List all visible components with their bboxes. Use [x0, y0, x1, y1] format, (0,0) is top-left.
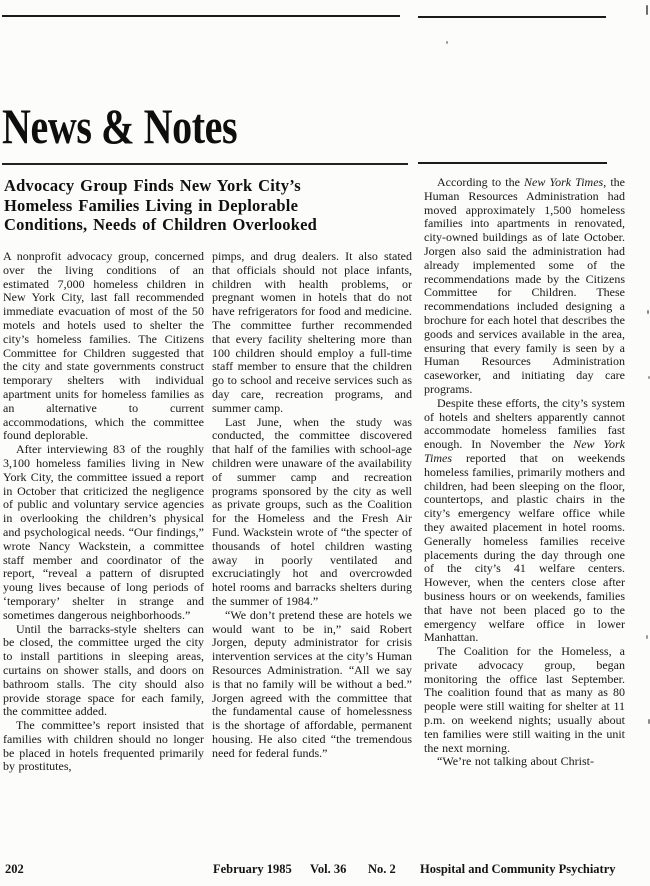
volume-label: Vol. 36 — [310, 862, 346, 877]
article-paragraph: Until the barracks-style shelters can be… — [3, 623, 204, 720]
article-paragraph: Despite these efforts, the city’s system… — [424, 397, 625, 645]
article-column-1: A nonprofit advocacy group, concerned ov… — [3, 250, 204, 852]
headline-line: Conditions, Needs of Children Overlooked — [4, 215, 414, 235]
scan-speck — [446, 41, 448, 44]
issue-number: No. 2 — [368, 862, 396, 877]
top-rule-right — [418, 16, 606, 18]
page-number: 202 — [5, 862, 24, 877]
scan-speck — [646, 5, 648, 15]
headline-line: Advocacy Group Finds New York City’s — [4, 176, 414, 196]
article-paragraph: The committee’s report insisted that fam… — [3, 719, 204, 774]
page-footer: 202 February 1985 Vol. 36 No. 2 Hospital… — [0, 862, 650, 882]
top-rule-left — [2, 15, 400, 17]
article-paragraph: “We don’t pretend these are hotels we wo… — [212, 609, 412, 761]
headline-rule — [2, 163, 408, 165]
issue-date: February 1985 — [213, 862, 292, 877]
article-headline: Advocacy Group Finds New York City’s Hom… — [4, 176, 414, 235]
article-column-2: pimps, and drug dealers. It also stated … — [212, 250, 412, 852]
journal-page: News & Notes Advocacy Group Finds New Yo… — [0, 0, 650, 886]
article-paragraph: Last June, when the study was conducted,… — [212, 416, 412, 609]
article-paragraph: pimps, and drug dealers. It also stated … — [212, 250, 412, 416]
article-column-3: According to the New York Times, the Hum… — [424, 176, 625, 854]
section-title: News & Notes — [2, 101, 237, 151]
article-paragraph: A nonprofit advocacy group, concerned ov… — [3, 250, 204, 443]
headline-line: Homeless Families Living in Deplorable — [4, 196, 414, 216]
article-paragraph: “We’re not talking about Christ- — [424, 755, 625, 769]
article-paragraph: According to the New York Times, the Hum… — [424, 176, 625, 397]
column3-top-rule — [418, 162, 607, 164]
scan-speck — [646, 635, 648, 639]
article-paragraph: After interviewing 83 of the roughly 3,1… — [3, 443, 204, 622]
journal-name: Hospital and Community Psychiatry — [420, 862, 616, 877]
article-paragraph: The Coalition for the Homeless, a privat… — [424, 645, 625, 755]
scan-speck — [647, 310, 649, 314]
